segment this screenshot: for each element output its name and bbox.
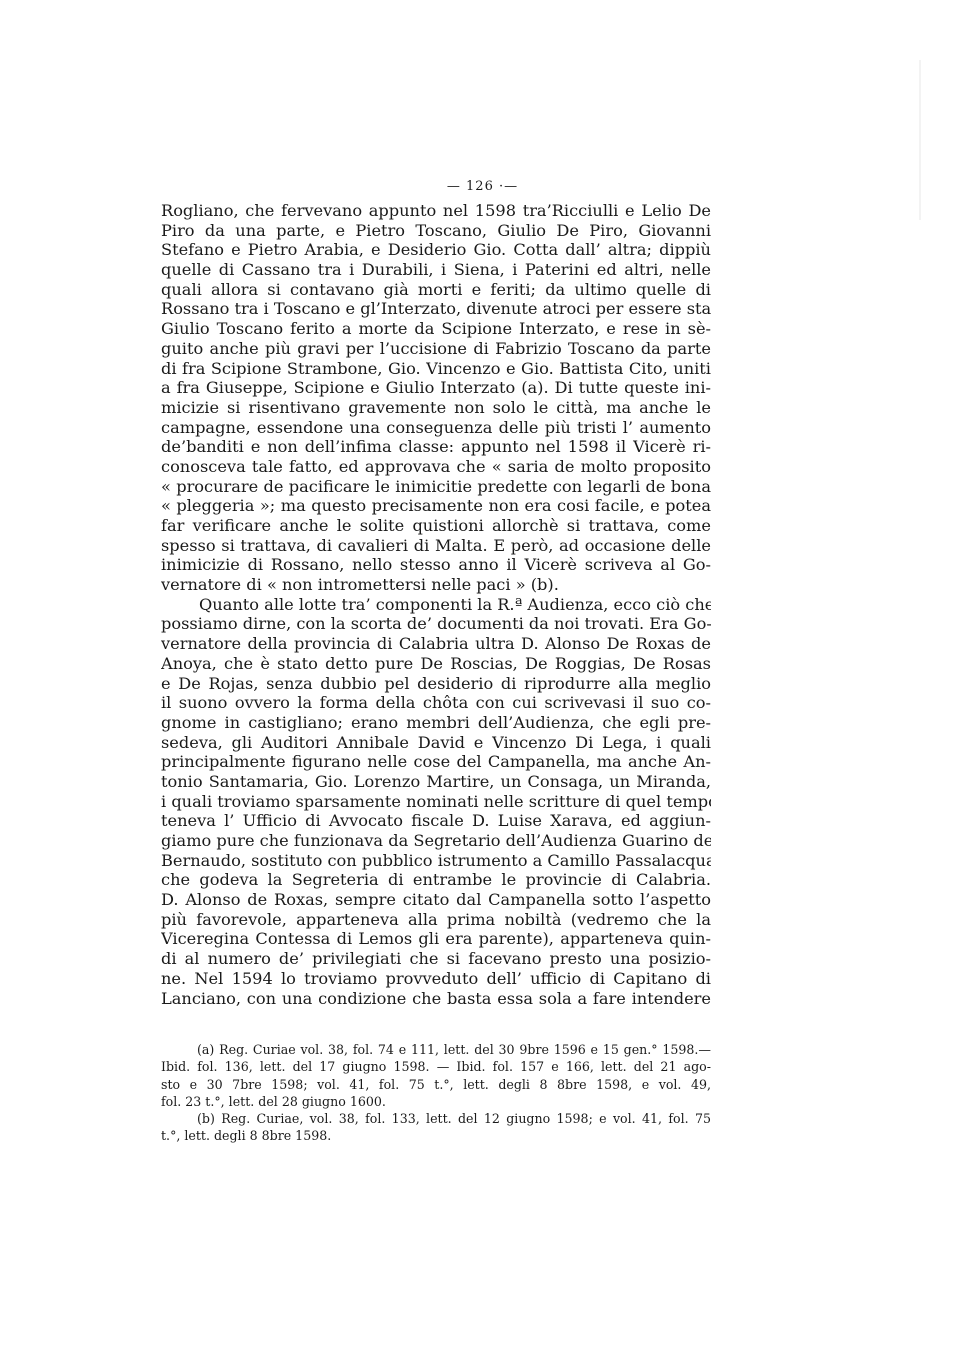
text-line: D. Alonso de Roxas, sempre citato dal Ca… xyxy=(161,890,711,910)
text-line: far verificare anche le solite quistioni… xyxy=(161,516,711,536)
text-line: gnome in castigliano; erano membri dell’… xyxy=(161,713,711,733)
text-line: Rogliano, che fervevano appunto nel 1598… xyxy=(161,201,711,221)
text-line: tonio Santamaria, Gio. Lorenzo Martire, … xyxy=(161,772,711,792)
text-line: e De Rojas, senza dubbio pel desiderio d… xyxy=(161,674,711,694)
text-line: quali allora si contavano già morti e fe… xyxy=(161,280,711,300)
text-line: di al numero de’ privilegiati che si fac… xyxy=(161,949,711,969)
text-line: a fra Giuseppe, Scipione e Giulio Interz… xyxy=(161,378,711,398)
text-line: de’banditi e non dell’infima classe: app… xyxy=(161,437,711,457)
text-line: che godeva la Segreteria di entrambe le … xyxy=(161,870,711,890)
text-line: inimicizie di Rossano, nello stesso anno… xyxy=(161,555,711,575)
text-line: Stefano e Pietro Arabia, e Desiderio Gio… xyxy=(161,240,711,260)
footnotes: (a) Reg. Curiae vol. 38, fol. 74 e 111, … xyxy=(161,1041,711,1145)
text-line: teneva l’ Ufficio di Avvocato fiscale D.… xyxy=(161,811,711,831)
page-number: — 126 ·— xyxy=(0,179,965,194)
text-line: Viceregina Contessa di Lemos gli era par… xyxy=(161,929,711,949)
text-line: « procurare de pacificare le inimicitie … xyxy=(161,477,711,497)
footnote-line: Ibid. fol. 136, lett. del 17 giugno 1598… xyxy=(161,1058,711,1075)
text-line: Anoya, che è stato detto pure De Roscias… xyxy=(161,654,711,674)
text-line: il suono ovvero la forma della chôta con… xyxy=(161,693,711,713)
text-line: i quali troviamo sparsamente nominati ne… xyxy=(161,792,711,812)
text-line: vernatore della provincia di Calabria ul… xyxy=(161,634,711,654)
text-line: guito anche più gravi per l’uccisione di… xyxy=(161,339,711,359)
text-line: Giulio Toscano ferito a morte da Scipion… xyxy=(161,319,711,339)
text-line: più favorevole, apparteneva alla prima n… xyxy=(161,910,711,930)
text-line: Rossano tra i Toscano e gl’Interzato, di… xyxy=(161,299,711,319)
text-line: Lanciano, con una condizione che basta e… xyxy=(161,989,711,1009)
text-line: di fra Scipione Strambone, Gio. Vincenzo… xyxy=(161,359,711,379)
text-line: vernatore di « non intromettersi nelle p… xyxy=(161,575,711,595)
text-line: spesso si trattava, di cavalieri di Malt… xyxy=(161,536,711,556)
text-line: principalmente figurano nelle cose del C… xyxy=(161,752,711,772)
scan-margin-artifact xyxy=(919,60,921,220)
footnote-line: fol. 23 t.°, lett. del 28 giugno 1600. xyxy=(161,1093,711,1110)
footnote-line: sto e 30 7bre 1598; vol. 41, fol. 75 t.°… xyxy=(161,1076,711,1093)
text-line: conosceva tale fatto, ed approvava che «… xyxy=(161,457,711,477)
text-line: ne. Nel 1594 lo troviamo provveduto dell… xyxy=(161,969,711,989)
footnote-line: t.°, lett. degli 8 8bre 1598. xyxy=(161,1127,711,1144)
footnote-a: (a) Reg. Curiae vol. 38, fol. 74 e 111, … xyxy=(161,1041,711,1058)
body-text: Rogliano, che fervevano appunto nel 1598… xyxy=(161,201,711,1008)
text-line: sedeva, gli Auditori Annibale David e Vi… xyxy=(161,733,711,753)
text-line: quelle di Cassano tra i Durabili, i Sien… xyxy=(161,260,711,280)
text-line: Bernaudo, sostituto con pubblico istrume… xyxy=(161,851,711,871)
footnote-b: (b) Reg. Curiae, vol. 38, fol. 133, lett… xyxy=(161,1110,711,1127)
text-line: « pleggeria »; ma questo precisamente no… xyxy=(161,496,711,516)
text-line: Piro da una parte, e Pietro Toscano, Giu… xyxy=(161,221,711,241)
text-line: giamo pure che funzionava da Segretario … xyxy=(161,831,711,851)
text-line: possiamo dirne, con la scorta de’ docume… xyxy=(161,614,711,634)
paragraph-start-line: Quanto alle lotte tra’ componenti la R.ª… xyxy=(161,595,711,615)
text-line: micizie si risentivano gravemente non so… xyxy=(161,398,711,418)
text-line: campagne, essendone una conseguenza dell… xyxy=(161,418,711,438)
